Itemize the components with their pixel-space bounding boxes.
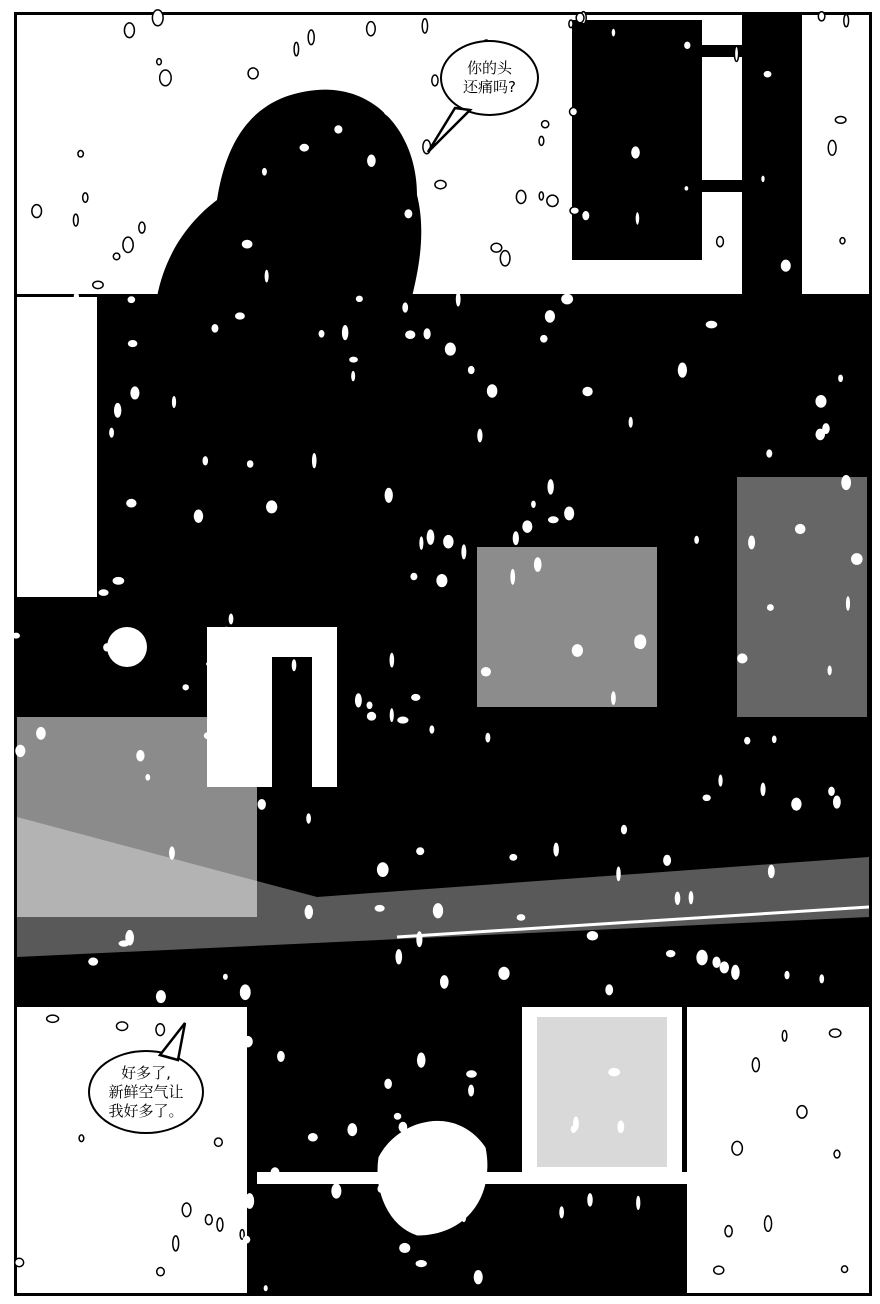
comic-page: 你的头 还痛吗? 好多了, 新鲜空气让 我好多了。 bbox=[0, 0, 880, 1304]
bubble-tails bbox=[0, 0, 880, 1304]
